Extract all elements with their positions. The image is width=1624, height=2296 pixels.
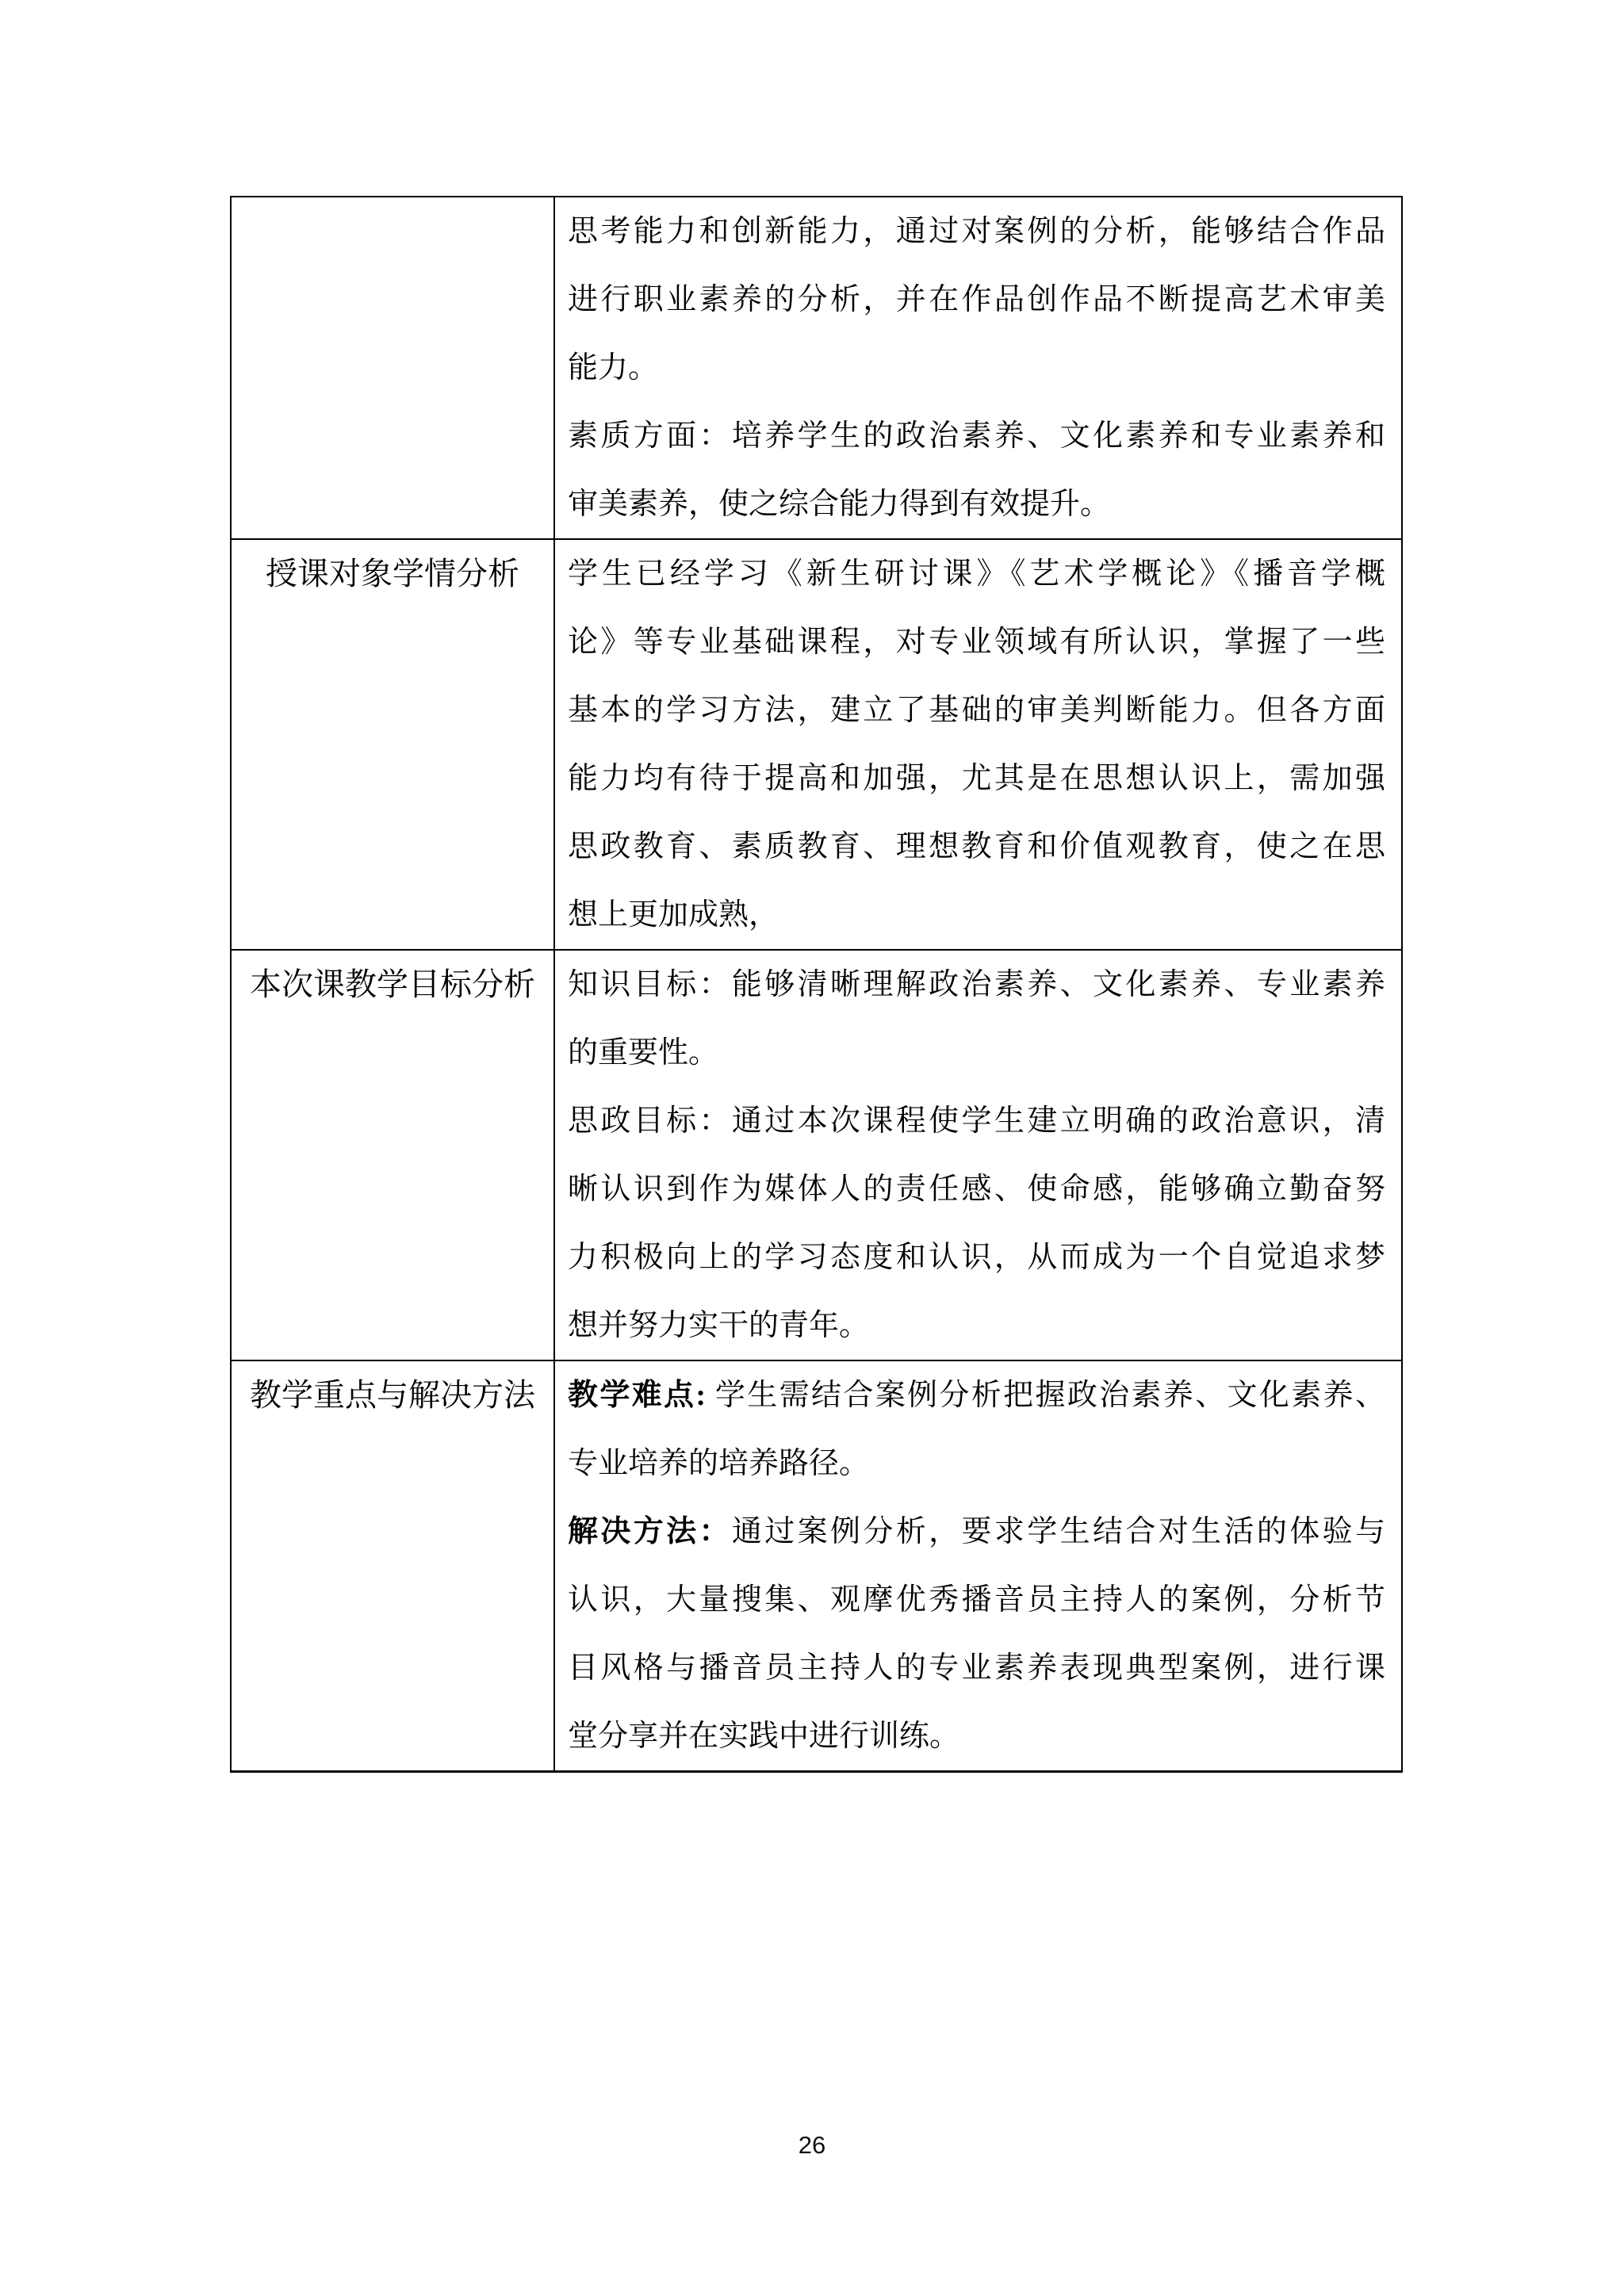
text-line: 力积极向上的学习态度和认识，从而成为一个自觉追求梦 (568, 1223, 1385, 1291)
text-line: 晰认识到作为媒体人的责任感、使命感，能够确立勤奋努 (568, 1155, 1385, 1223)
bold-run-in-heading: 教学难点: (568, 1379, 706, 1412)
table-cell-label-row2: 本次课教学目标分析 (232, 949, 555, 1360)
text-run: 学生需结合案例分析把握政治素养、文化素养、 (706, 1379, 1385, 1412)
text-line: 审美素养，使之综合能力得到有效提升。 (568, 470, 1385, 538)
text-line: 想并努力实干的青年。 (568, 1291, 1385, 1360)
table-cell-content-row3: 教学难点: 学生需结合案例分析把握政治素养、文化素养、 专业培养的培养路径。 解… (555, 1360, 1401, 1770)
text-line: 能力。 (568, 334, 1385, 402)
table-cell-content-row0: 思考能力和创新能力，通过对案例的分析，能够结合作品 进行职业素养的分析，并在作品… (555, 197, 1401, 538)
table-cell-label-row1: 授课对象学情分析 (232, 538, 555, 949)
bold-run-in-heading: 解决方法： (568, 1515, 732, 1548)
text-line: 基本的学习方法，建立了基础的审美判断能力。但各方面 (568, 676, 1385, 744)
text-line: 专业培养的培养路径。 (568, 1429, 1385, 1498)
lesson-plan-table: 思考能力和创新能力，通过对案例的分析，能够结合作品 进行职业素养的分析，并在作品… (230, 196, 1403, 1773)
text-line: 论》等专业基础课程，对专业领域有所认识，掌握了一些 (568, 608, 1385, 676)
text-line: 能力均有待于提高和加强，尤其是在思想认识上，需加强 (568, 744, 1385, 813)
text-line: 素质方面：培养学生的政治素养、文化素养和专业素养和 (568, 402, 1385, 470)
text-line: 认识，大量搜集、观摩优秀播音员主持人的案例，分析节 (568, 1566, 1385, 1634)
text-line: 思考能力和创新能力，通过对案例的分析，能够结合作品 (568, 197, 1385, 266)
table-cell-label-row3: 教学重点与解决方法 (232, 1360, 555, 1770)
text-line: 解决方法：通过案例分析，要求学生结合对生活的体验与 (568, 1498, 1385, 1566)
text-line: 的重要性。 (568, 1019, 1385, 1087)
table-cell-content-row2: 知识目标：能够清晰理解政治素养、文化素养、专业素养 的重要性。 思政目标：通过本… (555, 949, 1401, 1360)
page-number: 26 (0, 2131, 1624, 2160)
text-line: 思政教育、素质教育、理想教育和价值观教育，使之在思 (568, 813, 1385, 881)
text-run: 通过案例分析，要求学生结合对生活的体验与 (732, 1515, 1385, 1548)
text-line: 进行职业素养的分析，并在作品创作品不断提高艺术审美 (568, 266, 1385, 334)
text-line: 思政目标：通过本次课程使学生建立明确的政治意识，清 (568, 1087, 1385, 1155)
table-cell-label-row0 (232, 197, 555, 538)
text-line: 目风格与播音员主持人的专业素养表现典型案例，进行课 (568, 1634, 1385, 1702)
text-line: 知识目标：能够清晰理解政治素养、文化素养、专业素养 (568, 951, 1385, 1019)
text-line: 想上更加成熟， (568, 881, 1385, 949)
text-line: 教学难点: 学生需结合案例分析把握政治素养、文化素养、 (568, 1361, 1385, 1429)
table-cell-content-row1: 学生已经学习《新生研讨课》《艺术学概论》《播音学概 论》等专业基础课程，对专业领… (555, 538, 1401, 949)
text-line: 学生已经学习《新生研讨课》《艺术学概论》《播音学概 (568, 540, 1385, 608)
text-line: 堂分享并在实践中进行训练。 (568, 1702, 1385, 1770)
